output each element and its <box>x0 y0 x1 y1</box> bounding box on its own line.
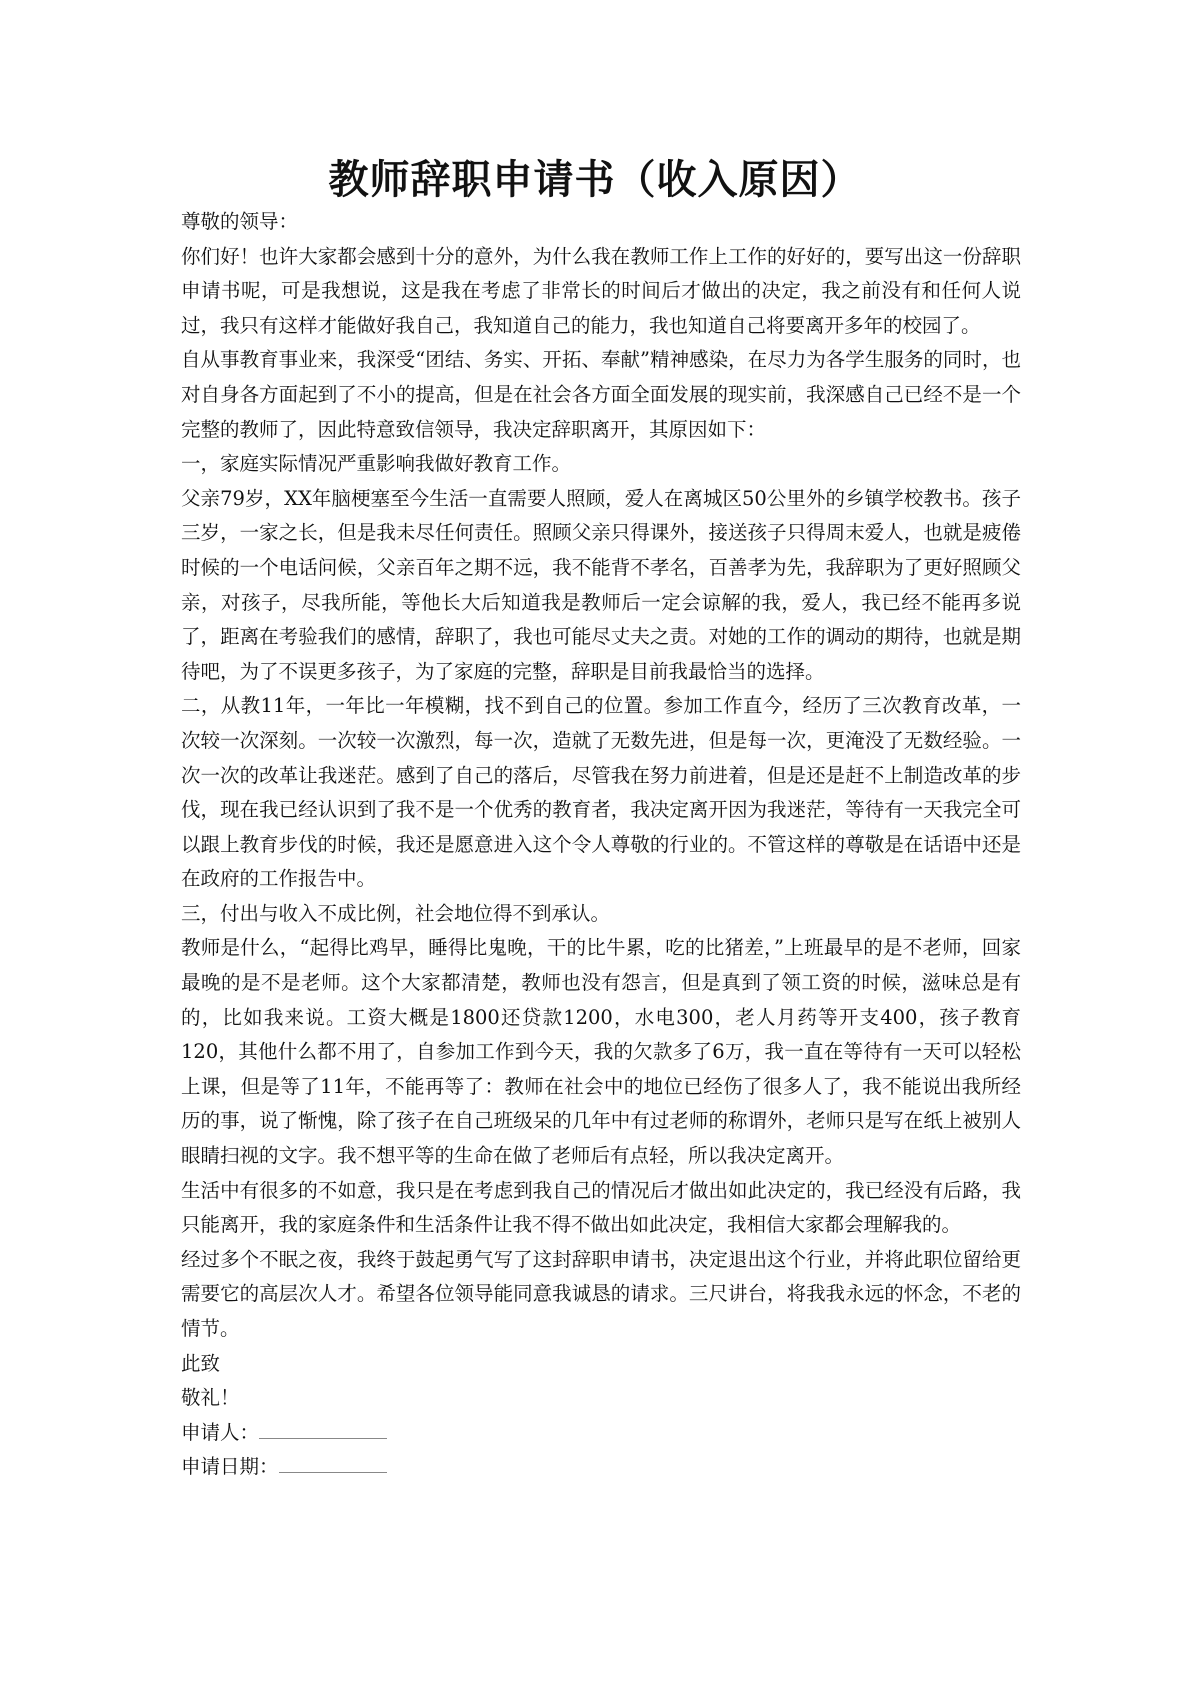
document-page: 教师辞职申请书（收入原因） 尊敬的领导： 你们好！也许大家都会感到十分的意外，为… <box>0 0 1190 1683</box>
applicant-label: 申请人： <box>181 1421 259 1444</box>
reason-1-heading: 一，家庭实际情况严重影响我做好教育工作。 <box>181 447 1021 482</box>
applicant-blank <box>259 1418 387 1439</box>
reason-3-body: 教师是什么，“起得比鸡早，睡得比鬼晚，干的比牛累，吃的比猪差，”上班最早的是不老… <box>181 931 1021 1173</box>
reason-3-heading: 三，付出与收入不成比例，社会地位得不到承认。 <box>181 897 1021 932</box>
document-title: 教师辞职申请书（收入原因） <box>0 152 1190 208</box>
reason-1-body: 父亲79岁，XX年脑梗塞至今生活一直需要人照顾，爱人在离城区50公里外的乡镇学校… <box>181 482 1021 690</box>
date-blank <box>279 1452 387 1473</box>
paragraph-conclusion: 经过多个不眠之夜，我终于鼓起勇气写了这封辞职申请书，决定退出这个行业，并将此职位… <box>181 1243 1021 1347</box>
applicant-line: 申请人： <box>181 1416 1021 1451</box>
paragraph-background: 自从事教育事业来，我深受“团结、务实、开拓、奉献”精神感染，在尽力为各学生服务的… <box>181 343 1021 447</box>
reason-2-body: 二，从教11年，一年比一年模糊，找不到自己的位置。参加工作直今，经历了三次教育改… <box>181 689 1021 897</box>
salutation: 尊敬的领导： <box>181 205 1021 240</box>
paragraph-summary: 生活中有很多的不如意，我只是在考虑到我自己的情况后才做出如此决定的，我已经没有后… <box>181 1174 1021 1243</box>
paragraph-intro: 你们好！也许大家都会感到十分的意外，为什么我在教师工作上工作的好好的，要写出这一… <box>181 240 1021 344</box>
date-label: 申请日期： <box>181 1455 279 1478</box>
document-body: 尊敬的领导： 你们好！也许大家都会感到十分的意外，为什么我在教师工作上工作的好好… <box>181 205 1021 1485</box>
closing-line-2: 敬礼！ <box>181 1381 1021 1416</box>
date-line: 申请日期： <box>181 1450 1021 1485</box>
closing-line-1: 此致 <box>181 1347 1021 1382</box>
